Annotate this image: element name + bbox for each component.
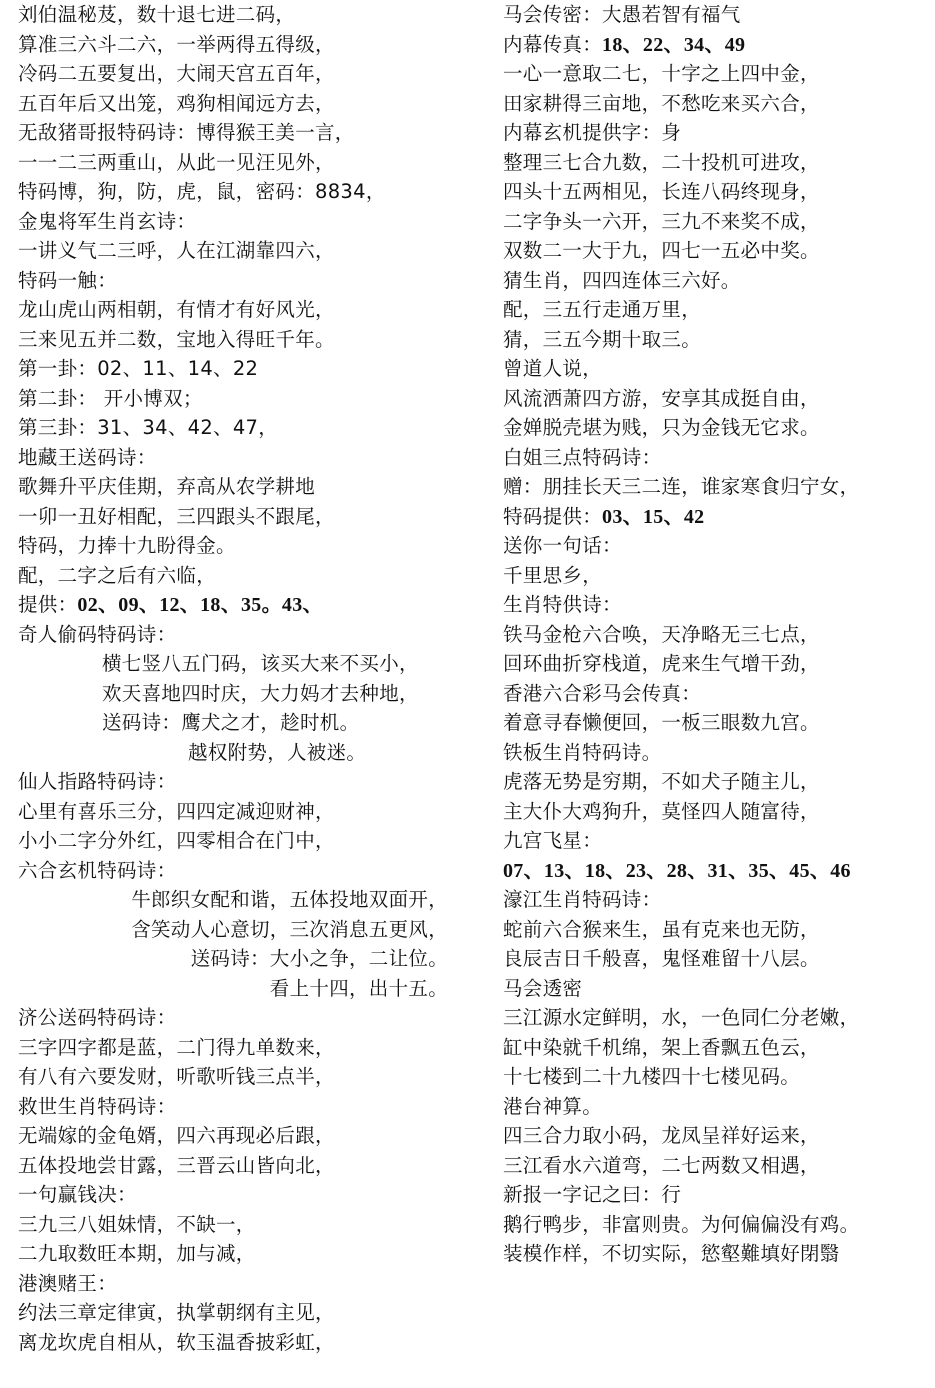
text-line: 提供：02、09、12、18、35。43、 [18, 590, 458, 620]
text-line: 送码诗：大小之争，二让位。 [18, 944, 448, 974]
text-line: 心里有喜乐三分，四四定减迎财神， [18, 797, 458, 827]
text-line: 07、13、18、23、28、31、35、45、46 [503, 856, 923, 886]
text-line: 一卯一丑好相配，三四跟头不跟尾， [18, 502, 458, 532]
text-line: 良辰吉日千般喜，鬼怪难留十八层。 [503, 944, 923, 974]
text-line: 配，二字之后有六临， [18, 561, 458, 591]
text-line: 一心一意取二七，十字之上四中金， [503, 59, 923, 89]
left-column: 刘伯温秘芨，数十退七进二码，算准三六斗二六，一举两得五得级，冷码二五要复出，大闹… [18, 0, 458, 1357]
text-line: 港台神算。 [503, 1092, 923, 1122]
text-line: 虎落无势是穷期，不如犬子随主儿， [503, 767, 923, 797]
text-line: 刘伯温秘芨，数十退七进二码， [18, 0, 458, 30]
text-line: 牛郎织女配和谐，五体投地双面开， [18, 885, 448, 915]
text-line: 十七楼到二十九楼四十七楼见码。 [503, 1062, 923, 1092]
number-list: 03、15、42 [602, 506, 704, 528]
text-line: 马会透密 [503, 974, 923, 1004]
line-label: 特码提供： [503, 505, 602, 528]
number-list: 02、09、12、18、35。43、 [77, 594, 322, 616]
text-line: 三来见五并二数，宝地入得旺千年。 [18, 325, 458, 355]
text-line: 千里思乡， [503, 561, 923, 591]
text-line: 装模作样，不切实际，慾壑難填好閉翳 [503, 1239, 923, 1269]
text-line: 二九取数旺本期，加与减， [18, 1239, 458, 1269]
right-column: 马会传密：大愚若智有福气内幕传真：18、22、34、49一心一意取二七，十字之上… [503, 0, 923, 1269]
text-line: 九宫飞星： [503, 826, 923, 856]
text-line: 六合玄机特码诗： [18, 856, 458, 886]
text-line: 一讲义气二三呼，人在江湖靠四六， [18, 236, 458, 266]
text-line: 救世生肖特码诗： [18, 1092, 458, 1122]
text-line: 特码，力捧十九盼得金。 [18, 531, 458, 561]
text-line: 三江看水六道弯，二七两数又相遇， [503, 1151, 923, 1181]
text-line: 一一二三两重山，从此一见汪见外， [18, 148, 458, 178]
text-line: 地藏王送码诗： [18, 443, 458, 473]
text-line: 双数二一大于九，四七一五必中奖。 [503, 236, 923, 266]
text-line: 仙人指路特码诗： [18, 767, 458, 797]
text-line: 第二卦： 开小博双； [18, 384, 458, 414]
text-line: 第三卦：31、34、42、47， [18, 413, 458, 443]
line-label: 提供： [18, 593, 77, 616]
text-line: 约法三章定律寅，执掌朝纲有主见， [18, 1298, 458, 1328]
text-line: 歌舞升平庆佳期，弃高从农学耕地 [18, 472, 458, 502]
text-line: 三九三八姐妹情，不缺一， [18, 1210, 458, 1240]
text-line: 蛇前六合猴来生，虽有克来也无防， [503, 915, 923, 945]
number-list: 07、13、18、23、28、31、35、45、46 [503, 860, 851, 882]
text-line: 四三合力取小码，龙凤呈祥好运来， [503, 1121, 923, 1151]
text-line: 离龙坎虎自相从，软玉温香披彩虹， [18, 1328, 458, 1358]
text-line: 白姐三点特码诗： [503, 443, 923, 473]
text-line: 生肖特供诗： [503, 590, 923, 620]
text-line: 金鬼将军生肖玄诗： [18, 207, 458, 237]
text-line: 铁马金枪六合唤，天净略无三七点， [503, 620, 923, 650]
text-line: 特码一触： [18, 266, 458, 296]
text-line: 龙山虎山两相朝，有情才有好风光， [18, 295, 458, 325]
text-line: 算准三六斗二六，一举两得五得级， [18, 30, 458, 60]
text-line: 金婵脱壳堪为贱，只为金钱无它求。 [503, 413, 923, 443]
text-line: 回环曲折穿栈道，虎来生气增干劲， [503, 649, 923, 679]
text-line: 特码提供：03、15、42 [503, 502, 923, 532]
text-line: 三江源水定鲜明，水，一色同仁分老嫩， [503, 1003, 923, 1033]
text-line: 送码诗：鹰犬之才，趁时机。 [18, 708, 458, 738]
text-line: 无端嫁的金龟婿，四六再现必后跟， [18, 1121, 458, 1151]
text-line: 欢天喜地四时庆，大力妈才去种地， [18, 679, 458, 709]
text-line: 马会传密：大愚若智有福气 [503, 0, 923, 30]
text-line: 含笑动人心意切，三次消息五更风， [18, 915, 448, 945]
text-line: 配，三五行走通万里， [503, 295, 923, 325]
text-line: 二字争头一六开，三九不来奖不成， [503, 207, 923, 237]
text-line: 猜生肖，四四连体三六好。 [503, 266, 923, 296]
text-line: 缸中染就千机绵，架上香飘五色云， [503, 1033, 923, 1063]
text-line: 铁板生肖特码诗。 [503, 738, 923, 768]
text-line: 鹅行鸭步，非富则贵。为何偏偏没有鸡。 [503, 1210, 923, 1240]
text-line: 猜，三五今期十取三。 [503, 325, 923, 355]
text-line: 奇人偷码特码诗： [18, 620, 458, 650]
number-list: 18、22、34、49 [602, 34, 745, 56]
text-line: 一句赢钱决： [18, 1180, 458, 1210]
text-line: 濠江生肖特码诗： [503, 885, 923, 915]
text-line: 冷码二五要复出，大闹天宫五百年， [18, 59, 458, 89]
text-line: 特码博，狗，防，虎，鼠，密码：8834， [18, 177, 458, 207]
text-line: 越权附势，人被迷。 [18, 738, 458, 768]
text-line: 看上十四，出十五。 [18, 974, 448, 1004]
text-line: 田家耕得三亩地，不愁吃来买六合， [503, 89, 923, 119]
text-line: 送你一句话： [503, 531, 923, 561]
text-line: 第一卦：02、11、14、22 [18, 354, 458, 384]
text-line: 港澳赌王： [18, 1269, 458, 1299]
line-label: 内幕传真： [503, 33, 602, 56]
text-line: 曾道人说， [503, 354, 923, 384]
text-line: 主大仆大鸡狗升，莫怪四人随富待， [503, 797, 923, 827]
text-line: 风流洒萧四方游，安享其成挺自由， [503, 384, 923, 414]
text-line: 新报一字记之曰：行 [503, 1180, 923, 1210]
text-line: 小小二字分外红，四零相合在门中， [18, 826, 458, 856]
text-line: 三字四字都是蓝，二门得九单数来， [18, 1033, 458, 1063]
text-line: 内幕玄机提供字：身 [503, 118, 923, 148]
text-line: 赠：朋挂长天三二连，谁家寒食归宁女， [503, 472, 923, 502]
text-line: 有八有六要发财，听歌听钱三点半， [18, 1062, 458, 1092]
text-line: 香港六合彩马会传真： [503, 679, 923, 709]
text-line: 济公送码特码诗： [18, 1003, 458, 1033]
text-line: 四头十五两相见，长连八码终现身， [503, 177, 923, 207]
text-line: 无敌猪哥报特码诗：博得猴王美一言， [18, 118, 458, 148]
text-line: 内幕传真：18、22、34、49 [503, 30, 923, 60]
text-line: 横七竖八五门码，该买大来不买小， [18, 649, 458, 679]
text-line: 五体投地尝甘露，三晋云山皆向北， [18, 1151, 458, 1181]
text-line: 整理三七合九数，二十投机可进攻， [503, 148, 923, 178]
text-line: 五百年后又出笼，鸡狗相闻远方去， [18, 89, 458, 119]
text-line: 着意寻春懒便回，一板三眼数九宫。 [503, 708, 923, 738]
